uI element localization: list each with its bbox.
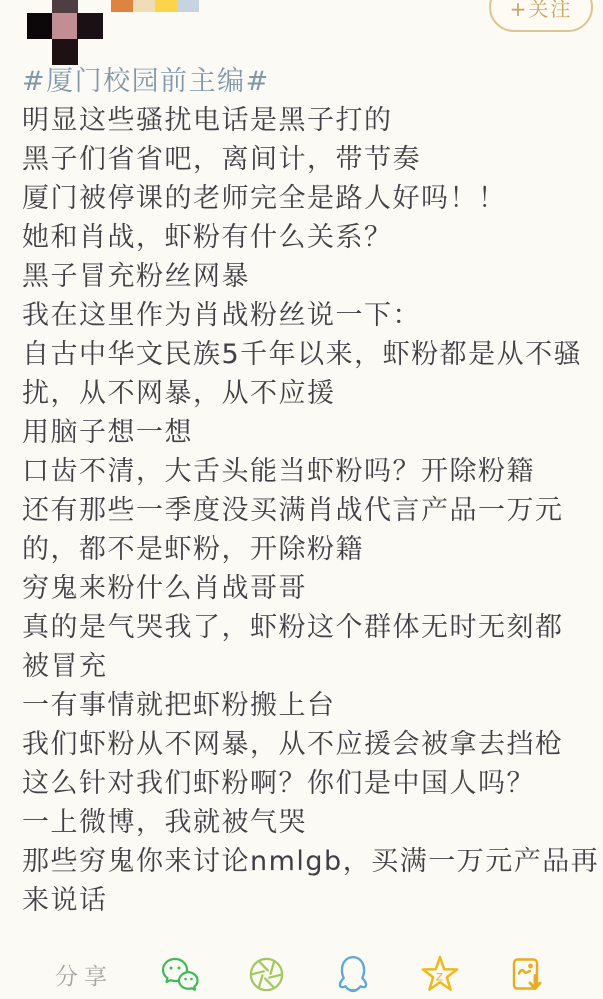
avatar-pixel bbox=[27, 13, 53, 39]
post-line: 还有那些一季度没买满肖战代言产品一万元 bbox=[22, 491, 597, 530]
post-line: 黑子们省省吧，离间计，带节奏 bbox=[22, 140, 597, 179]
post-line: 那些穷鬼你来讨论nmlgb，买满一万元产品再 bbox=[22, 842, 597, 881]
weibo-post-page: +关注 #厦门校园前主编# 明显这些骚扰电话是黑子打的黑子们省省吧，离间计，带节… bbox=[0, 0, 603, 999]
qq-penguin-icon bbox=[336, 955, 370, 993]
post-line: 她和肖战，虾粉有什么关系？ bbox=[22, 218, 597, 257]
save-image-icon bbox=[509, 956, 545, 993]
swatch bbox=[177, 0, 199, 12]
wechat-icon bbox=[160, 956, 200, 992]
qzone-letter: z bbox=[436, 968, 443, 984]
post-lines: 明显这些骚扰电话是黑子打的黑子们省省吧，离间计，带节奏厦门被停课的老师完全是路人… bbox=[22, 101, 597, 920]
qq-share-button[interactable] bbox=[333, 954, 373, 994]
post-line: 黑子冒充粉丝网暴 bbox=[22, 257, 597, 296]
hashtag-link[interactable]: #厦门校园前主编# bbox=[22, 62, 597, 101]
post-line: 被冒充 bbox=[22, 647, 597, 686]
post-line: 明显这些骚扰电话是黑子打的 bbox=[22, 101, 597, 140]
post-line: 我们虾粉从不网暴，从不应援会被拿去挡枪 bbox=[22, 725, 597, 764]
post-line: 口齿不清，大舌头能当虾粉吗？开除粉籍 bbox=[22, 452, 597, 491]
post-line: 这么针对我们虾粉啊？你们是中国人吗？ bbox=[22, 764, 597, 803]
qzone-share-button[interactable]: z bbox=[420, 954, 460, 994]
follow-button[interactable]: +关注 bbox=[489, 0, 593, 32]
post-line: 来说话 bbox=[22, 881, 597, 920]
swatch bbox=[133, 0, 155, 12]
share-label: 分享 bbox=[55, 958, 113, 991]
post-line: 自古中华文民族5千年以来，虾粉都是从不骚 bbox=[22, 335, 597, 374]
post-line: 厦门被停课的老师完全是路人好吗！！ bbox=[22, 179, 597, 218]
post-line: 一有事情就把虾粉搬上台 bbox=[22, 686, 597, 725]
avatar[interactable] bbox=[27, 0, 103, 64]
post-line: 我在这里作为肖战粉丝说一下： bbox=[22, 296, 597, 335]
swatch bbox=[111, 0, 133, 12]
post-line: 真的是气哭我了，虾粉这个群体无时无刻都 bbox=[22, 608, 597, 647]
post-line: 扰，从不网暴，从不应援 bbox=[22, 374, 597, 413]
moments-aperture-icon bbox=[248, 956, 285, 993]
post-line: 的，都不是虾粉，开除粉籍 bbox=[22, 530, 597, 569]
post-body: #厦门校园前主编# 明显这些骚扰电话是黑子打的黑子们省省吧，离间计，带节奏厦门被… bbox=[22, 62, 597, 920]
wechat-moments-share-button[interactable] bbox=[247, 954, 287, 994]
avatar-pixel bbox=[52, 0, 78, 13]
banner-color-swatches bbox=[111, 0, 199, 12]
swatch bbox=[155, 0, 177, 12]
share-toolbar: 分享 bbox=[0, 945, 603, 999]
post-line: 一上微博，我就被气哭 bbox=[22, 803, 597, 842]
avatar-pixel bbox=[52, 13, 78, 39]
avatar-pixel bbox=[77, 13, 103, 39]
post-line: 用脑子想一想 bbox=[22, 413, 597, 452]
wechat-share-button[interactable] bbox=[160, 954, 200, 994]
save-image-button[interactable] bbox=[507, 954, 547, 994]
post-line: 穷鬼来粉什么肖战哥哥 bbox=[22, 569, 597, 608]
qzone-star-icon: z bbox=[421, 955, 459, 993]
